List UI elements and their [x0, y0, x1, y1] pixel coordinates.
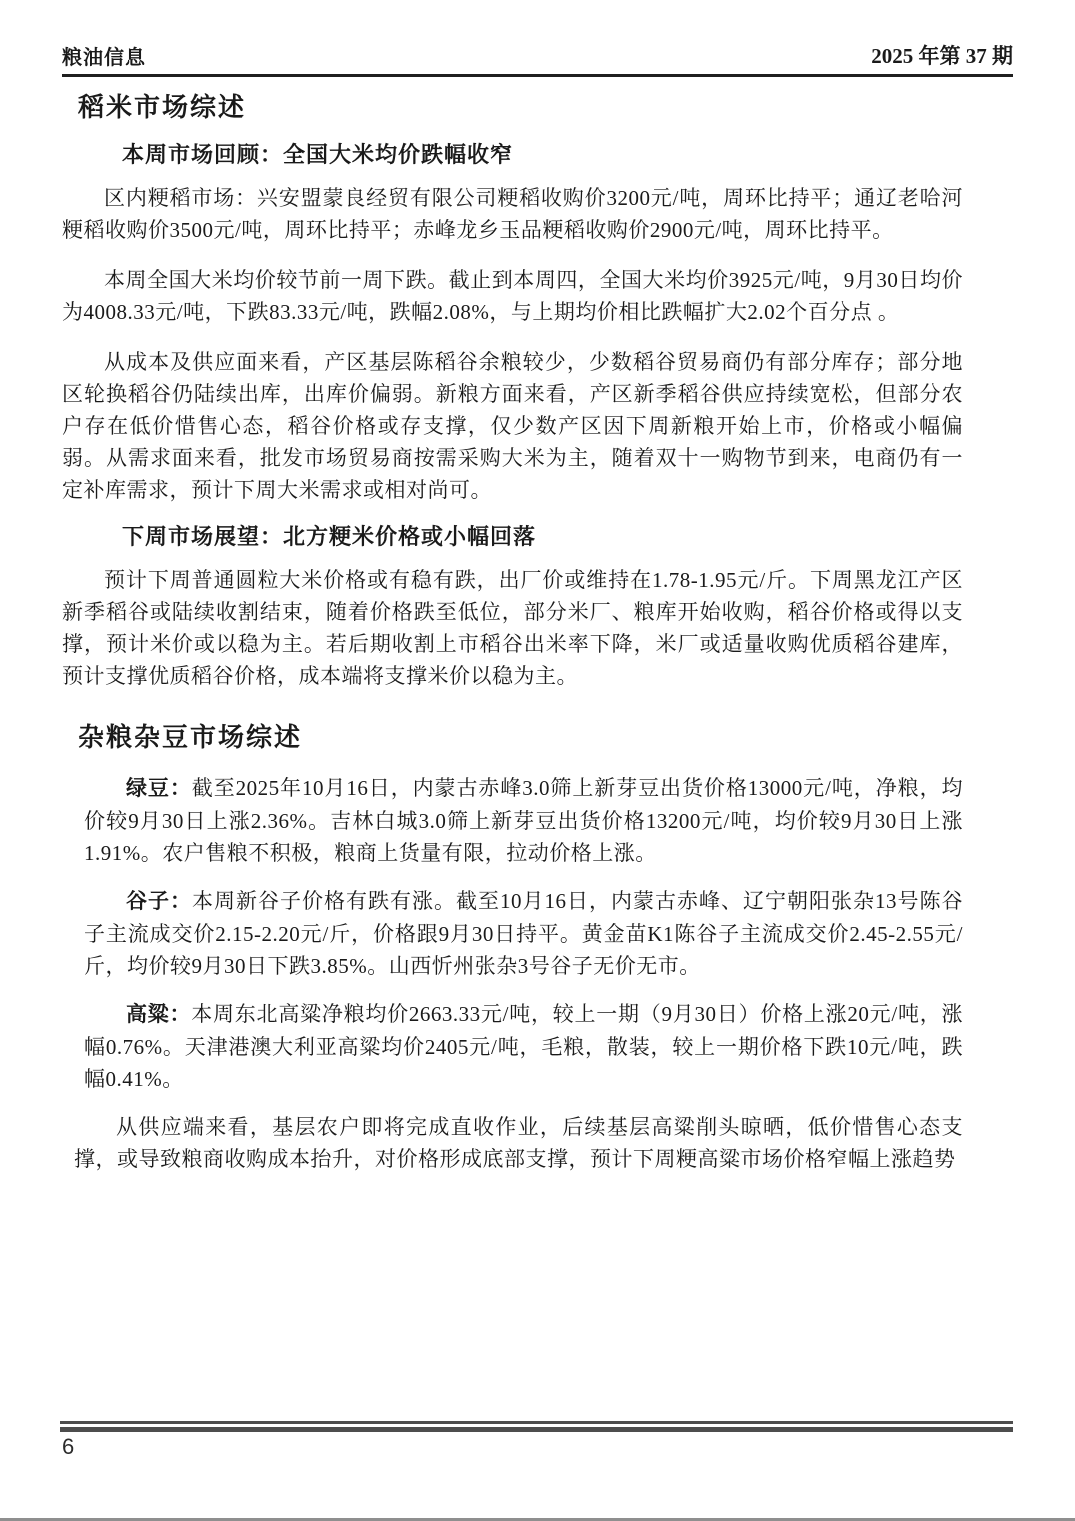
- rice-review-paragraph-1: 区内粳稻市场：兴安盟蒙良经贸有限公司粳稻收购价3200元/吨，周环比持平；通辽老…: [62, 182, 963, 246]
- rice-review-heading: 本周市场回顾：全国大米均价跌幅收窄: [122, 142, 963, 168]
- rice-review-paragraph-2: 本周全国大米均价较节前一周下跌。截止到本周四，全国大米均价3925元/吨，9月3…: [62, 264, 963, 328]
- grains-section-title: 杂粮杂豆市场综述: [78, 722, 963, 752]
- rice-outlook-heading: 下周市场展望：北方粳米价格或小幅回落: [122, 524, 963, 550]
- document-body: 稻米市场综述 本周市场回顾：全国大米均价跌幅收窄 区内粳稻市场：兴安盟蒙良经贸有…: [62, 92, 963, 1175]
- grains-closing-paragraph: 从供应端来看，基层农户即将完成直收作业，后续基层高粱削头晾晒，低价惜售心态支撑，…: [74, 1111, 963, 1175]
- sorghum-text: 本周东北高粱净粮均价2663.33元/吨，较上一期（9月30日）价格上涨20元/…: [84, 1002, 963, 1091]
- journal-title: 粮油信息: [62, 41, 146, 70]
- sorghum-label: 高粱：: [126, 1003, 191, 1026]
- footer-divider: [60, 1421, 1013, 1432]
- issue-number: 2025 年第 37 期: [871, 40, 1013, 70]
- rice-review-paragraph-3: 从成本及供应面来看，产区基层陈稻谷余粮较少，少数稻谷贸易商仍有部分库存；部分地区…: [62, 346, 963, 506]
- sorghum-paragraph: 高粱：本周东北高粱净粮均价2663.33元/吨，较上一期（9月30日）价格上涨2…: [84, 998, 963, 1095]
- footer-divider-thick-line: [60, 1427, 1013, 1432]
- millet-label: 谷子：: [126, 890, 192, 913]
- page-header: 粮油信息 2025 年第 37 期: [62, 40, 1013, 77]
- millet-paragraph: 谷子：本周新谷子价格有跌有涨。截至10月16日，内蒙古赤峰、辽宁朝阳张杂13号陈…: [84, 885, 963, 982]
- rice-outlook-paragraph: 预计下周普通圆粒大米价格或有稳有跌，出厂价或维持在1.78-1.95元/斤。下周…: [62, 564, 963, 692]
- rice-section-title: 稻米市场综述: [78, 92, 963, 122]
- mung-bean-label: 绿豆：: [126, 777, 192, 800]
- document-page: 粮油信息 2025 年第 37 期 稻米市场综述 本周市场回顾：全国大米均价跌幅…: [0, 0, 1075, 1521]
- mung-bean-paragraph: 绿豆：截至2025年10月16日，内蒙古赤峰3.0筛上新芽豆出货价格13000元…: [84, 772, 963, 869]
- page-number: 6: [62, 1434, 74, 1460]
- mung-bean-text: 截至2025年10月16日，内蒙古赤峰3.0筛上新芽豆出货价格13000元/吨，…: [84, 776, 963, 865]
- millet-text: 本周新谷子价格有跌有涨。截至10月16日，内蒙古赤峰、辽宁朝阳张杂13号陈谷子主…: [84, 889, 963, 978]
